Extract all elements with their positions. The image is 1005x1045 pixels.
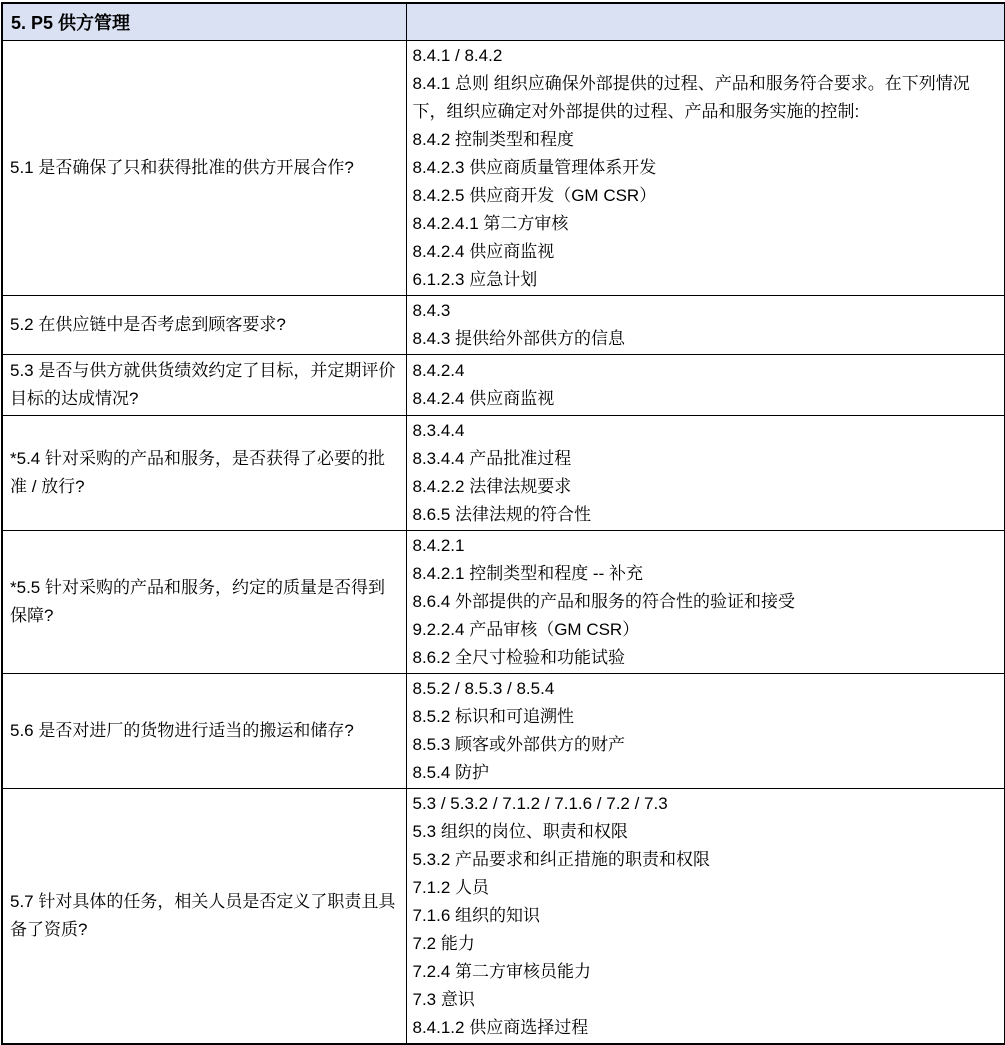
references-cell: 8.4.1 / 8.4.28.4.1 总则 组织应确保外部提供的过程、产品和服务…: [406, 41, 1005, 296]
reference-line: 8.4.2.5 供应商开发（GM CSR）: [413, 182, 1001, 210]
reference-line: 8.5.3 顾客或外部供方的财产: [413, 731, 1001, 759]
reference-line: 8.4.2.4 供应商监视: [413, 385, 1001, 413]
reference-line: 8.4.2.4: [413, 357, 1001, 385]
reference-line: 5.3 组织的岗位、职责和权限: [413, 818, 1001, 846]
table-row: 5.1 是否确保了只和获得批准的供方开展合作?8.4.1 / 8.4.28.4.…: [2, 41, 1005, 296]
references-cell: 8.4.2.18.4.2.1 控制类型和程度 -- 补充8.6.4 外部提供的产…: [406, 531, 1005, 674]
reference-line: 8.4.3: [413, 297, 1001, 325]
reference-line: 8.6.4 外部提供的产品和服务的符合性的验证和接受: [413, 588, 1001, 616]
reference-line: 8.3.4.4 产品批准过程: [413, 445, 1001, 473]
reference-line: 8.6.5 法律法规的符合性: [413, 501, 1001, 529]
table-row: 5.2 在供应链中是否考虑到顾客要求?8.4.38.4.3 提供给外部供方的信息: [2, 296, 1005, 355]
question-cell: 5.2 在供应链中是否考虑到顾客要求?: [2, 296, 406, 355]
reference-line: 7.2 能力: [413, 930, 1001, 958]
reference-line: 8.4.2.1: [413, 532, 1001, 560]
references-cell: 5.3 / 5.3.2 / 7.1.2 / 7.1.6 / 7.2 / 7.35…: [406, 789, 1005, 1045]
reference-line: 5.3 / 5.3.2 / 7.1.2 / 7.1.6 / 7.2 / 7.3: [413, 790, 1001, 818]
reference-line: 8.3.4.4: [413, 417, 1001, 445]
question-cell: *5.4 针对采购的产品和服务，是否获得了必要的批准 / 放行?: [2, 416, 406, 531]
table-row: *5.4 针对采购的产品和服务，是否获得了必要的批准 / 放行?8.3.4.48…: [2, 416, 1005, 531]
question-cell: 5.7 针对具体的任务，相关人员是否定义了职责且具备了资质?: [2, 789, 406, 1045]
header-row: 5. P5 供方管理: [2, 3, 1005, 41]
reference-line: 9.2.2.4 产品审核（GM CSR）: [413, 616, 1001, 644]
reference-line: 7.2.4 第二方审核员能力: [413, 958, 1001, 986]
reference-line: 8.4.2.4.1 第二方审核: [413, 210, 1001, 238]
reference-line: 8.4.3 提供给外部供方的信息: [413, 325, 1001, 353]
references-cell: 8.4.2.48.4.2.4 供应商监视: [406, 355, 1005, 416]
question-cell: 5.3 是否与供方就供货绩效约定了目标，并定期评价目标的达成情况?: [2, 355, 406, 416]
reference-line: 8.4.2 控制类型和程度: [413, 126, 1001, 154]
reference-line: 8.5.2 / 8.5.3 / 8.5.4: [413, 675, 1001, 703]
reference-line: 8.6.2 全尺寸检验和功能试验: [413, 644, 1001, 672]
references-cell: 8.3.4.48.3.4.4 产品批准过程8.4.2.2 法律法规要求8.6.5…: [406, 416, 1005, 531]
reference-line: 8.4.2.2 法律法规要求: [413, 473, 1001, 501]
reference-line: 8.4.1 总则 组织应确保外部提供的过程、产品和服务符合要求。在下列情况下，组…: [413, 70, 1001, 126]
table-row: 5.7 针对具体的任务，相关人员是否定义了职责且具备了资质?5.3 / 5.3.…: [2, 789, 1005, 1045]
question-cell: *5.5 针对采购的产品和服务，约定的质量是否得到保障?: [2, 531, 406, 674]
references-cell: 8.5.2 / 8.5.3 / 8.5.48.5.2 标识和可追溯性8.5.3 …: [406, 674, 1005, 789]
reference-line: 7.1.2 人员: [413, 874, 1001, 902]
reference-line: 5.3.2 产品要求和纠正措施的职责和权限: [413, 846, 1001, 874]
reference-line: 8.4.1 / 8.4.2: [413, 42, 1001, 70]
section-title: 5. P5 供方管理: [2, 3, 406, 41]
reference-line: 7.1.6 组织的知识: [413, 902, 1001, 930]
reference-line: 8.5.4 防护: [413, 759, 1001, 787]
reference-line: 8.4.2.1 控制类型和程度 -- 补充: [413, 560, 1001, 588]
question-cell: 5.1 是否确保了只和获得批准的供方开展合作?: [2, 41, 406, 296]
reference-line: 7.3 意识: [413, 986, 1001, 1014]
reference-line: 8.4.2.3 供应商质量管理体系开发: [413, 154, 1001, 182]
table-row: *5.5 针对采购的产品和服务，约定的质量是否得到保障?8.4.2.18.4.2…: [2, 531, 1005, 674]
table-row: 5.3 是否与供方就供货绩效约定了目标，并定期评价目标的达成情况?8.4.2.4…: [2, 355, 1005, 416]
supplier-management-audit-table: 5. P5 供方管理 5.1 是否确保了只和获得批准的供方开展合作?8.4.1 …: [1, 2, 1005, 1045]
reference-line: 8.5.2 标识和可追溯性: [413, 703, 1001, 731]
reference-line: 8.4.1.2 供应商选择过程: [413, 1014, 1001, 1042]
references-cell: 8.4.38.4.3 提供给外部供方的信息: [406, 296, 1005, 355]
table-body: 5. P5 供方管理 5.1 是否确保了只和获得批准的供方开展合作?8.4.1 …: [2, 3, 1005, 1044]
table-row: 5.6 是否对进厂的货物进行适当的搬运和储存?8.5.2 / 8.5.3 / 8…: [2, 674, 1005, 789]
question-cell: 5.6 是否对进厂的货物进行适当的搬运和储存?: [2, 674, 406, 789]
reference-line: 8.4.2.4 供应商监视: [413, 238, 1001, 266]
header-empty-cell: [406, 3, 1005, 41]
reference-line: 6.1.2.3 应急计划: [413, 266, 1001, 294]
